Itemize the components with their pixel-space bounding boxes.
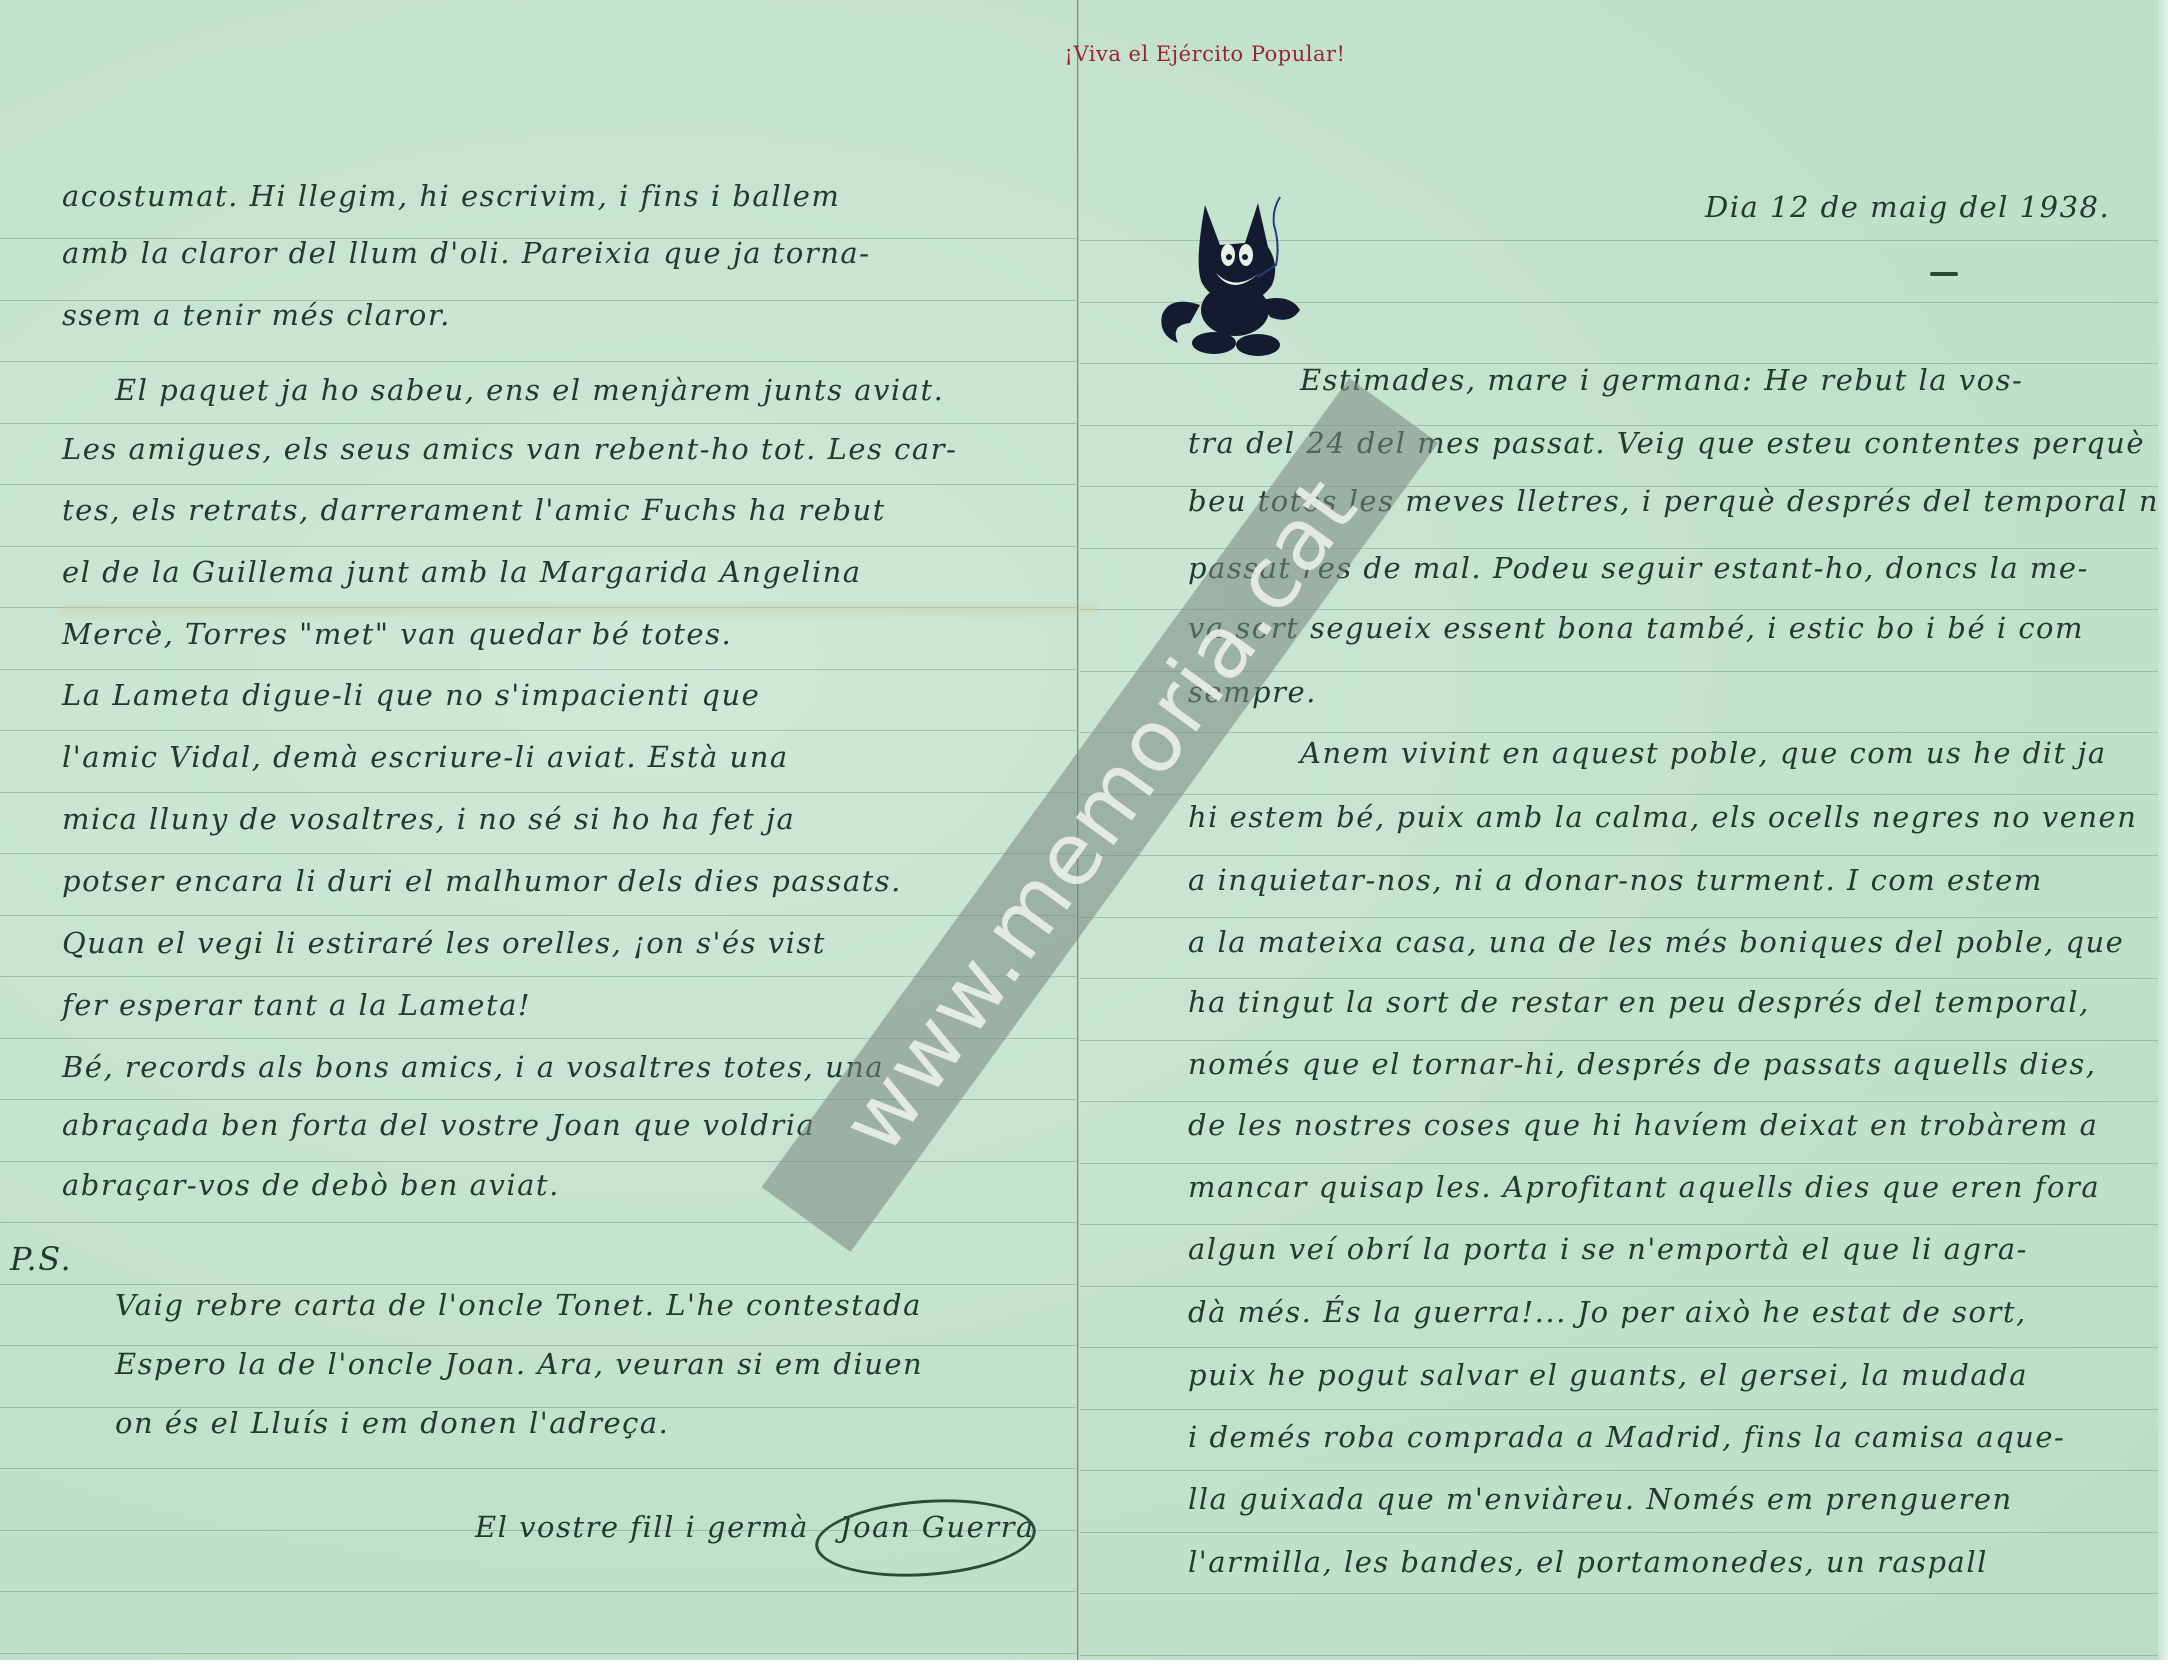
text-line: puix he pogut salvar el guants, el gerse… [1188,1358,2028,1392]
text-line: l'amic Vidal, demà escriure-li aviat. Es… [62,740,789,774]
text-line: lla guixada que m'enviàreu. Només em pre… [1188,1482,2013,1516]
text-line: Estimades, mare i germana: He rebut la v… [1300,363,2023,397]
text-line: Anem vivint en aquest poble, que com us … [1300,736,2107,770]
text-line: abraçada ben forta del vostre Joan que v… [62,1108,815,1142]
text-line: Les amigues, els seus amics van rebent-h… [62,432,957,466]
text-line: va sort segueix essent bona també, i est… [1188,611,2084,645]
text-line: el de la Guillema junt amb la Margarida … [62,555,862,589]
text-line: hi estem bé, puix amb la calma, els ocel… [1188,800,2137,834]
letter-sheet: ¡Viva el Ejército Popular! Dia 12 de mai… [0,0,2168,1660]
postscript-label: P.S. [10,1240,72,1278]
letterhead-slogan: ¡Viva el Ejército Popular! [1005,42,1405,66]
text-line: mancar quisap les. Aprofitant aquells di… [1188,1170,2100,1204]
text-line: només que el tornar-hi, després de passa… [1188,1047,2097,1081]
text-line: Quan el vegi li estiraré les orelles, ¡o… [62,926,826,960]
text-line: dà més. És la guerra!... Jo per això he … [1188,1295,2027,1329]
text-line: Mercè, Torres "met" van quedar bé totes. [62,617,732,651]
letter-date: Dia 12 de maig del 1938. [1705,190,2110,224]
text-line: a inquietar-nos, ni a donar-nos turment.… [1188,863,2043,897]
text-line: algun veí obrí la porta i se n'emportà e… [1188,1232,2028,1266]
cat-drawing-icon [1150,185,1335,360]
date-dash [1930,272,1958,276]
text-line: mica lluny de vosaltres, i no sé si ho h… [62,802,795,836]
text-line: ssem a tenir més claror. [62,298,451,332]
text-line: de les nostres coses que hi havíem deixa… [1188,1108,2098,1142]
signature-flourish [813,1492,1039,1583]
closing-text: El vostre fill i germà [475,1510,809,1544]
text-line: abraçar-vos de debò ben aviat. [62,1168,560,1202]
text-line: ha tingut la sort de restar en peu despr… [1188,985,2090,1019]
text-line: tes, els retrats, darrerament l'amic Fuc… [62,493,886,527]
text-line: i demés roba comprada a Madrid, fins la … [1188,1420,2065,1454]
text-line: El paquet ja ho sabeu, ens el menjàrem j… [115,373,944,407]
text-line: on és el Lluís i em donen l'adreça. [115,1406,669,1440]
text-line: La Lameta digue-li que no s'impacienti q… [62,678,760,712]
text-line: a la mateixa casa, una de les més boniqu… [1188,925,2124,959]
text-line: Bé, records als bons amics, i a vosaltre… [62,1050,884,1084]
text-line: Espero la de l'oncle Joan. Ara, veuran s… [115,1347,923,1381]
text-line: amb la claror del llum d'oli. Pareixia q… [62,236,871,270]
text-line: fer esperar tant a la Lameta! [62,988,531,1022]
text-line: l'armilla, les bandes, el portamonedes, … [1188,1545,1988,1579]
text-line: acostumat. Hi llegim, hi escrivim, i fin… [62,179,840,213]
text-line: Vaig rebre carta de l'oncle Tonet. L'he … [115,1288,922,1322]
text-line: potser encara li duri el malhumor dels d… [62,864,902,898]
